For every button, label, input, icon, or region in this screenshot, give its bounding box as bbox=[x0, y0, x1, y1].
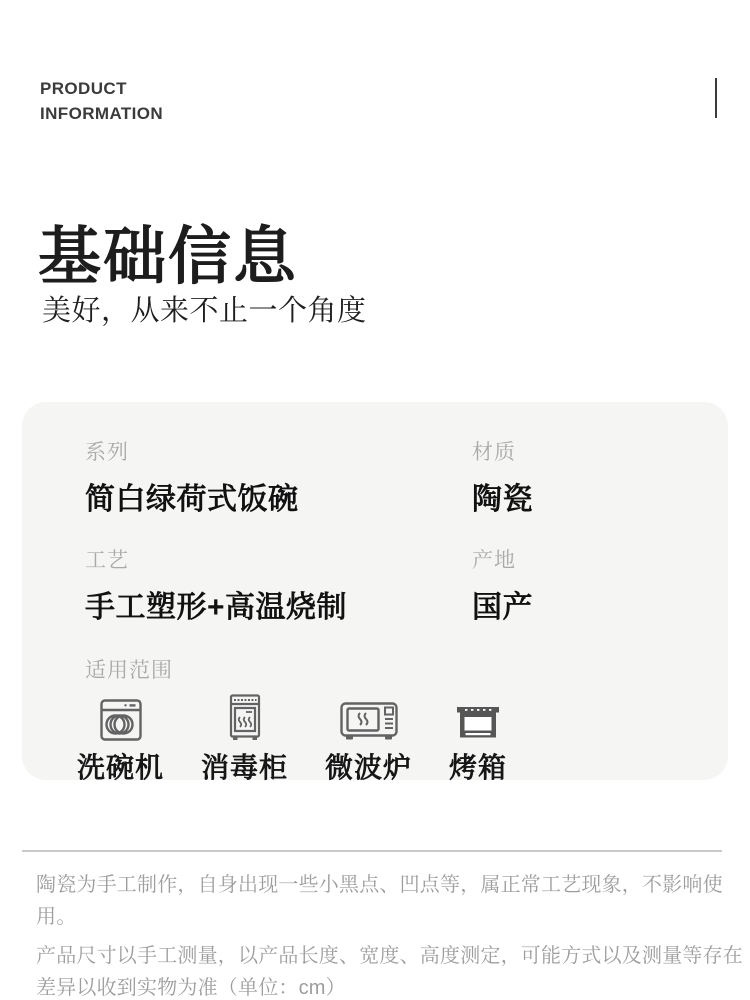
field-material-value: 陶瓷 bbox=[472, 474, 728, 518]
footnote-craft-note: 陶瓷为手工制作，自身出现一些小黑点、凹点等，属正常工艺现象，不影响使用。 bbox=[36, 869, 750, 933]
applicable-range-section: 适用范围 洗碗机 bbox=[85, 654, 728, 786]
field-material: 材质 陶瓷 bbox=[472, 436, 728, 518]
field-grid: 系列 简白绿荷式饭碗 材质 陶瓷 工艺 手工塑形+高温烧制 产地 国产 bbox=[85, 436, 728, 626]
field-origin-label: 产地 bbox=[472, 544, 728, 574]
footnote-measure-note: 产品尺寸以手工测量，以产品长度、宽度、高度测定，可能方式以及测量等存在差异以收到… bbox=[36, 940, 750, 1000]
appliance-dishwasher-label: 洗碗机 bbox=[77, 746, 164, 786]
appliance-sterilizer: 消毒柜 bbox=[201, 694, 288, 786]
appliance-oven-label: 烤箱 bbox=[449, 746, 507, 786]
footnotes: 陶瓷为手工制作，自身出现一些小黑点、凹点等，属正常工艺现象，不影响使用。 产品尺… bbox=[36, 869, 750, 1000]
brand-block: PRODUCT INFORMATION bbox=[40, 76, 163, 126]
field-craft-value: 手工塑形+高温烧制 bbox=[85, 582, 472, 626]
field-series: 系列 简白绿荷式饭碗 bbox=[85, 436, 472, 518]
field-origin: 产地 国产 bbox=[472, 544, 728, 626]
field-material-label: 材质 bbox=[472, 436, 728, 466]
top-right-tick-line bbox=[715, 78, 717, 118]
page-subtitle: 美好，从来不止一个角度 bbox=[42, 288, 367, 329]
field-craft: 工艺 手工塑形+高温烧制 bbox=[85, 544, 472, 626]
product-information-page: PRODUCT INFORMATION 基础信息 美好，从来不止一个角度 系列 … bbox=[0, 0, 750, 1000]
microwave-icon bbox=[340, 694, 398, 742]
appliance-oven: 烤箱 bbox=[449, 694, 507, 786]
appliance-microwave: 微波炉 bbox=[325, 694, 412, 786]
dishwasher-icon bbox=[100, 694, 142, 742]
footnote-divider bbox=[22, 850, 722, 852]
field-origin-value: 国产 bbox=[472, 582, 728, 626]
field-series-value: 简白绿荷式饭碗 bbox=[85, 474, 472, 518]
appliance-dishwasher: 洗碗机 bbox=[77, 694, 164, 786]
field-series-label: 系列 bbox=[85, 436, 472, 466]
brand-line2: INFORMATION bbox=[40, 101, 163, 126]
oven-icon bbox=[456, 694, 500, 742]
applicable-range-label: 适用范围 bbox=[85, 654, 728, 684]
appliance-sterilizer-label: 消毒柜 bbox=[201, 746, 288, 786]
page-title: 基础信息 bbox=[38, 206, 298, 297]
brand-line1: PRODUCT bbox=[40, 76, 163, 101]
field-craft-label: 工艺 bbox=[85, 544, 472, 574]
info-card: 系列 简白绿荷式饭碗 材质 陶瓷 工艺 手工塑形+高温烧制 产地 国产 适用范围 bbox=[22, 402, 728, 780]
appliance-row: 洗碗机 bbox=[77, 694, 728, 786]
sterilizer-cabinet-icon bbox=[227, 694, 263, 742]
appliance-microwave-label: 微波炉 bbox=[325, 746, 412, 786]
